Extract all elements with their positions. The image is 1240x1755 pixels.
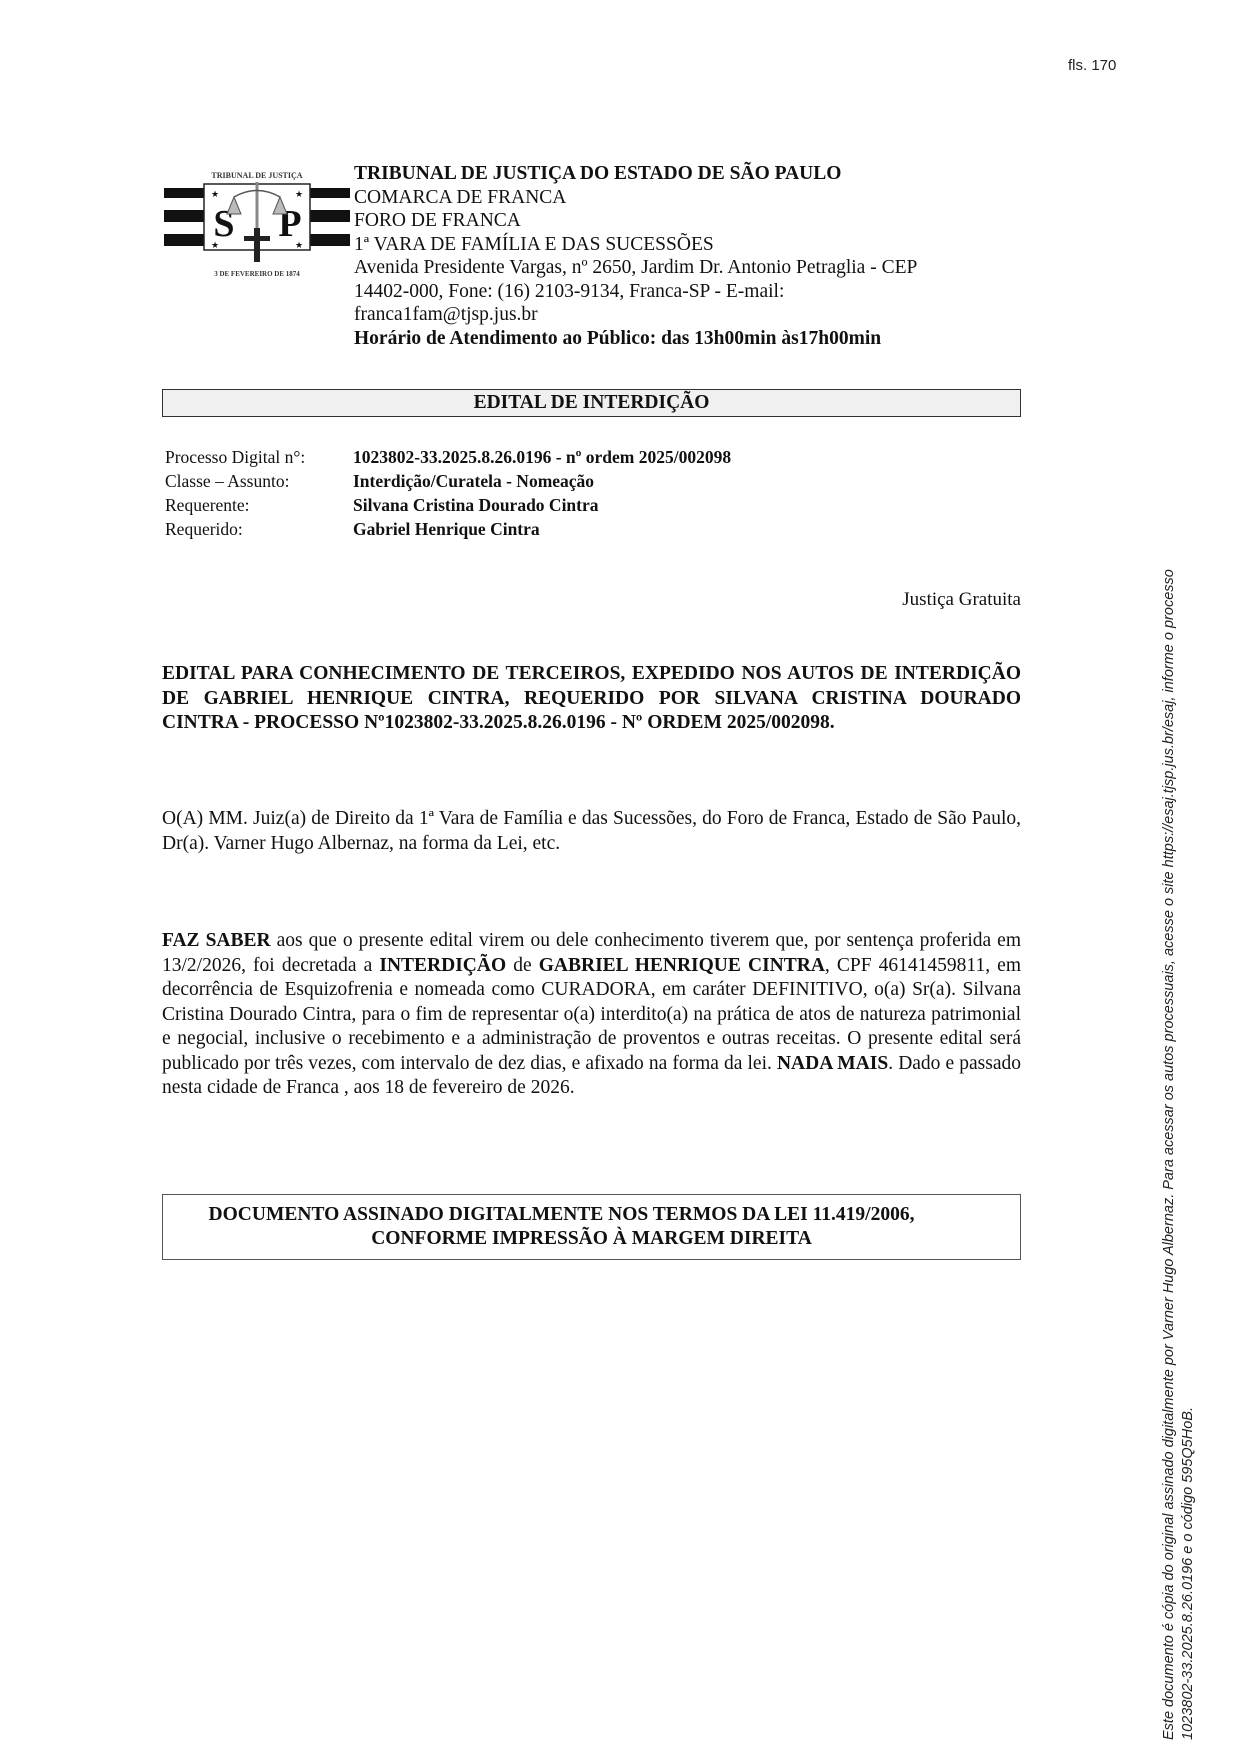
service-hours: Horário de Atendimento ao Público: das 1… bbox=[354, 327, 994, 351]
digital-signature-notice: DOCUMENTO ASSINADO DIGITALMENTE NOS TERM… bbox=[162, 1194, 1021, 1260]
info-row-requerente: Requerente: Silvana Cristina Dourado Cin… bbox=[165, 493, 731, 517]
info-label: Classe – Assunto: bbox=[165, 469, 353, 493]
margin-line-1: Este documento é cópia do original assin… bbox=[1160, 569, 1179, 1740]
edital-heading: EDITAL PARA CONHECIMENTO DE TERCEIROS, E… bbox=[162, 662, 1021, 736]
email: franca1fam@tjsp.jus.br bbox=[354, 303, 994, 327]
info-row-classe: Classe – Assunto: Interdição/Curatela - … bbox=[165, 469, 731, 493]
svg-text:★: ★ bbox=[211, 189, 219, 199]
margin-line-2: 1023802-33.2025.8.26.0196 e o código 595… bbox=[1179, 569, 1198, 1740]
svg-text:★: ★ bbox=[211, 240, 219, 250]
court-logo: TRIBUNAL DE JUSTIÇA S P ★ ★ ★ ★ 3 DE FEV… bbox=[164, 152, 350, 286]
address-line-1: Avenida Presidente Vargas, nº 2650, Jard… bbox=[354, 256, 994, 280]
faz-saber-lead: FAZ SABER bbox=[162, 930, 271, 951]
svg-text:★: ★ bbox=[295, 189, 303, 199]
vara: 1ª VARA DE FAMÍLIA E DAS SUCESSÕES bbox=[354, 233, 994, 257]
scales-of-justice-emblem-icon: TRIBUNAL DE JUSTIÇA S P ★ ★ ★ ★ 3 DE FEV… bbox=[164, 152, 350, 286]
interdicao-bold: INTERDIÇÃO bbox=[379, 955, 506, 976]
info-row-requerido: Requerido: Gabriel Henrique Cintra bbox=[165, 517, 731, 541]
info-value: Interdição/Curatela - Nomeação bbox=[353, 469, 594, 493]
justica-gratuita: Justiça Gratuita bbox=[902, 589, 1021, 611]
svg-text:TRIBUNAL DE JUSTIÇA: TRIBUNAL DE JUSTIÇA bbox=[211, 171, 302, 180]
interdicted-name: GABRIEL HENRIQUE CINTRA bbox=[539, 955, 825, 976]
signature-line-1: DOCUMENTO ASSINADO DIGITALMENTE NOS TERM… bbox=[163, 1203, 1020, 1227]
judge-paragraph: O(A) MM. Juiz(a) de Direito da 1ª Vara d… bbox=[162, 807, 1021, 856]
info-label: Requerente: bbox=[165, 493, 353, 517]
court-name: TRIBUNAL DE JUSTIÇA DO ESTADO DE SÃO PAU… bbox=[354, 162, 994, 186]
info-value: 1023802-33.2025.8.26.0196 - nº ordem 202… bbox=[353, 445, 731, 469]
info-label: Requerido: bbox=[165, 517, 353, 541]
info-row-processo: Processo Digital n°: 1023802-33.2025.8.2… bbox=[165, 445, 731, 469]
page-number: fls. 170 bbox=[1068, 57, 1116, 74]
info-value: Silvana Cristina Dourado Cintra bbox=[353, 493, 599, 517]
court-header: TRIBUNAL DE JUSTIÇA DO ESTADO DE SÃO PAU… bbox=[354, 162, 994, 350]
faz-saber-text: de bbox=[506, 955, 539, 976]
svg-text:3 DE FEVEREIRO DE 1874: 3 DE FEVEREIRO DE 1874 bbox=[214, 270, 300, 278]
nada-mais-bold: NADA MAIS bbox=[777, 1053, 888, 1074]
document-title: EDITAL DE INTERDIÇÃO bbox=[162, 389, 1021, 417]
info-label: Processo Digital n°: bbox=[165, 445, 353, 469]
signature-line-2: CONFORME IMPRESSÃO À MARGEM DIREITA bbox=[163, 1227, 1020, 1251]
svg-text:★: ★ bbox=[295, 240, 303, 250]
comarca: COMARCA DE FRANCA bbox=[354, 186, 994, 210]
case-info: Processo Digital n°: 1023802-33.2025.8.2… bbox=[165, 445, 731, 541]
faz-saber-paragraph: FAZ SABER aos que o presente edital vire… bbox=[162, 929, 1021, 1101]
address-line-2: 14402-000, Fone: (16) 2103-9134, Franca-… bbox=[354, 280, 994, 304]
margin-authentication-text: Este documento é cópia do original assin… bbox=[1160, 569, 1198, 1740]
info-value: Gabriel Henrique Cintra bbox=[353, 517, 540, 541]
foro: FORO DE FRANCA bbox=[354, 209, 994, 233]
